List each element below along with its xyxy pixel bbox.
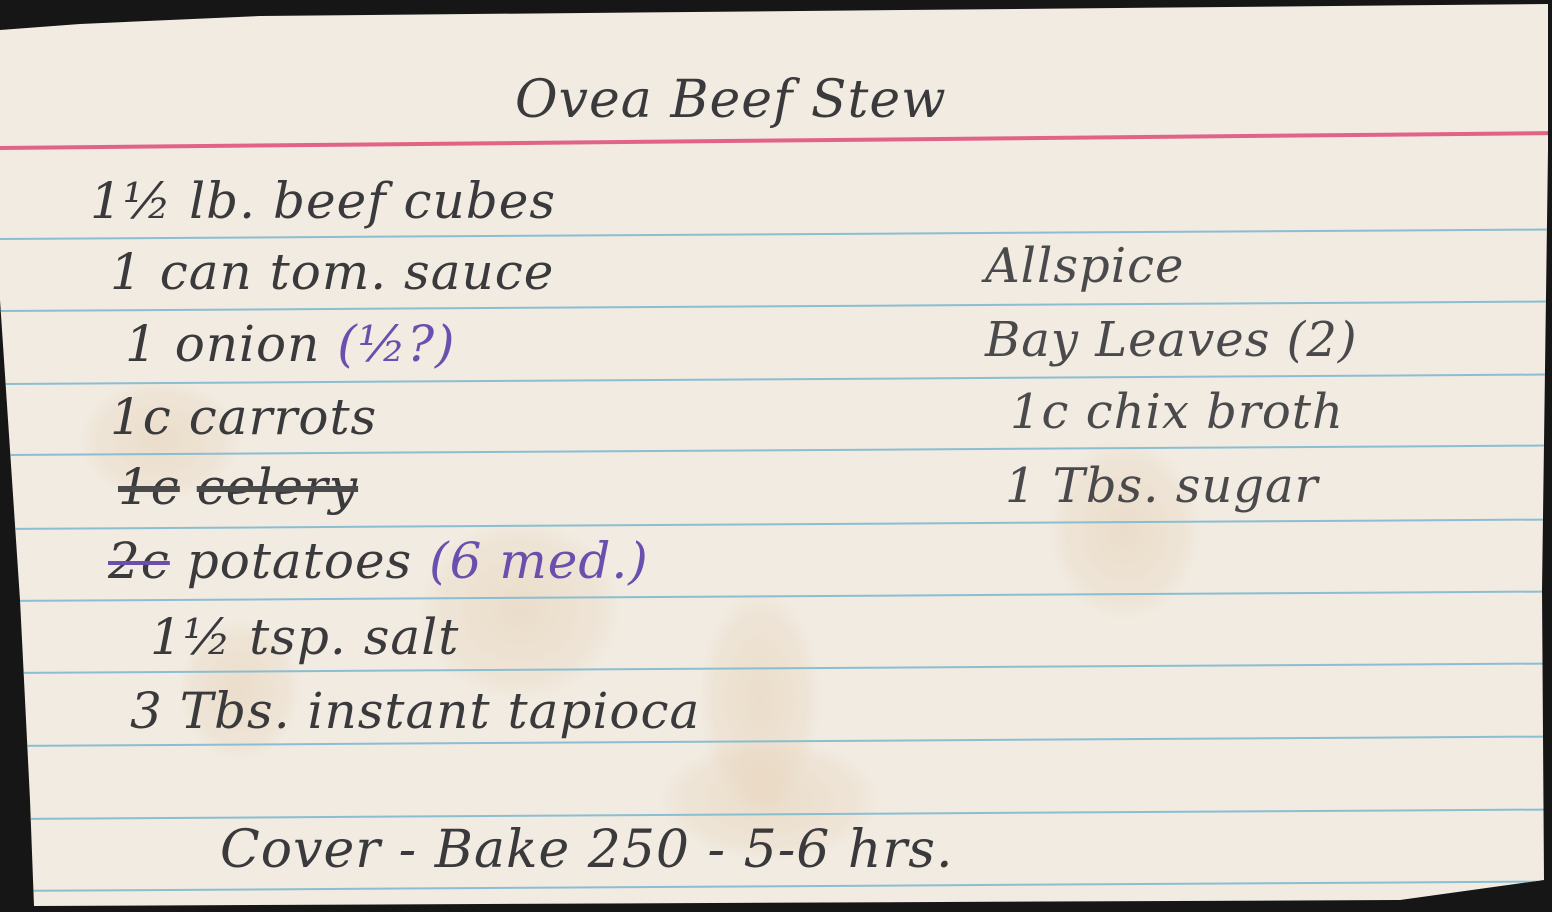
ingredient-qty: 1c: [118, 458, 180, 516]
ingredient-bay-leaves: Bay Leaves (2): [985, 312, 1358, 368]
ingredient-sugar: 1 Tbs. sugar: [1005, 458, 1319, 514]
ingredient-note: (½?): [337, 315, 455, 373]
rule-line: [0, 519, 1552, 530]
ingredient-item: Bay Leaves: [985, 312, 1270, 368]
ingredient-item: beef cubes: [273, 172, 556, 230]
ingredient-qty: 1c: [1010, 384, 1069, 440]
ingredient-tomato-sauce: 1 can tom. sauce: [110, 243, 554, 301]
header-rule-red: [0, 131, 1552, 150]
ingredient-potatoes: 2c potatoes (6 med.): [108, 532, 649, 590]
ingredient-item: Allspice: [985, 238, 1184, 294]
ingredient-qty: 1½ lb.: [90, 172, 256, 230]
ingredient-salt: 1½ tsp. salt: [150, 608, 459, 666]
ingredient-item: instant tapioca: [308, 682, 701, 740]
ingredient-item: tom. sauce: [270, 243, 555, 301]
recipe-card: Ovea Beef Stew 1½ lb. beef cubes 1 can t…: [0, 0, 1552, 912]
ingredient-qty: 1 Tbs.: [1005, 458, 1159, 514]
ingredient-onion: 1 onion (½?): [125, 315, 456, 373]
ingredient-item: salt: [364, 608, 460, 666]
ingredient-chix-broth: 1c chix broth: [1010, 384, 1344, 440]
ingredient-item: celery: [197, 458, 358, 516]
recipe-title: Ovea Beef Stew: [515, 70, 947, 130]
ingredient-celery-struck: 1c celery: [118, 458, 358, 516]
ingredient-tapioca: 3 Tbs. instant tapioca: [130, 682, 700, 740]
ingredient-item: onion: [175, 315, 321, 373]
ingredient-note: (6 med.): [429, 532, 649, 590]
ingredient-beef: 1½ lb. beef cubes: [90, 172, 556, 230]
rule-line: [0, 301, 1552, 312]
ingredient-item: sugar: [1176, 458, 1319, 514]
ingredient-allspice: Allspice: [985, 238, 1184, 294]
rule-line: [0, 881, 1552, 892]
rule-line: [0, 229, 1552, 240]
ingredient-qty: 2c: [108, 532, 170, 590]
ingredient-qty: 1: [125, 315, 158, 373]
ingredient-qty: 3 Tbs.: [130, 682, 291, 740]
ingredient-qty: 1½ tsp.: [150, 608, 347, 666]
ingredient-item: potatoes: [187, 532, 412, 590]
ingredient-note: (2): [1287, 312, 1358, 368]
ingredient-qty: 1 can: [110, 243, 253, 301]
ingredient-qty: 1c: [110, 388, 172, 446]
bake-instructions: Cover - Bake 250 - 5-6 hrs.: [220, 820, 953, 880]
ingredient-carrots: 1c carrots: [110, 388, 377, 446]
ingredient-item: carrots: [189, 388, 377, 446]
ingredient-item: chix broth: [1086, 384, 1344, 440]
